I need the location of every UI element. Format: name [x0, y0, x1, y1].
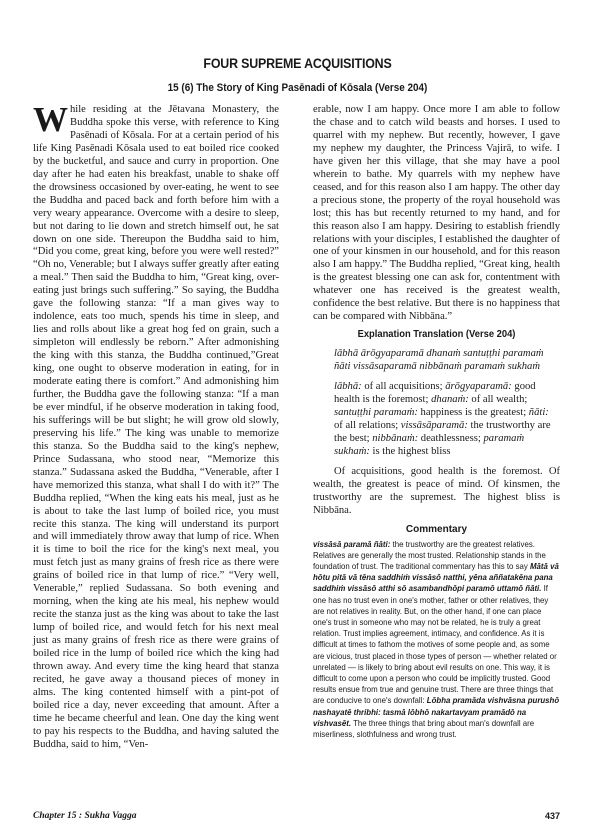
gloss-meaning: of all wealth;	[469, 394, 528, 405]
commentary-text: vissāsā paramā ñāti: the trustworthy are…	[313, 539, 561, 741]
verse-summary: Of acquisitions, good health is the fore…	[313, 466, 560, 518]
commentary-heading: Commentary	[313, 524, 560, 537]
gloss-term: vissāsāparamā:	[401, 420, 468, 431]
drop-cap: W	[33, 106, 68, 133]
commentary-body: If one has no trust even in one's mother…	[313, 584, 557, 705]
verse-line-1: lābhā ārōgyaparamā dhanaṁ santuṭṭhi para…	[334, 348, 544, 359]
gloss-meaning: happiness is the greatest;	[418, 407, 529, 418]
story-text-right: erable, now I am happy. Once more I am a…	[313, 104, 560, 324]
explanation-heading: Explanation Translation (Verse 204)	[323, 329, 550, 342]
gloss-term: ārōgyaparamā:	[445, 381, 512, 392]
gloss-term: santuṭṭhi paramaṁ:	[334, 407, 418, 418]
word-gloss: lābhā: of all acquisitions; ārōgyaparamā…	[334, 381, 560, 459]
story-text-left: hile residing at the Jētavana Monastery,…	[33, 104, 279, 750]
gloss-term: ñāti:	[529, 407, 549, 418]
chapter-footer: Chapter 15 : Sukha Vagga	[33, 811, 136, 821]
gloss-meaning: is the highest bliss	[370, 446, 451, 457]
page-title: FOUR SUPREME ACQUISITIONS	[24, 56, 571, 71]
gloss-meaning: of all relations;	[334, 420, 401, 431]
page-number: 437	[545, 811, 560, 821]
left-column: While residing at the Jētavana Monastery…	[33, 104, 279, 752]
gloss-term: lābhā:	[334, 381, 362, 392]
commentary-lead-term: vissāsā paramā ñāti:	[313, 540, 390, 549]
story-title: 15 (6) The Story of King Pasēnadi of Kōs…	[30, 82, 566, 94]
story-paragraph: While residing at the Jētavana Monastery…	[33, 104, 279, 752]
pali-verse: lābhā ārōgyaparamā dhanaṁ santuṭṭhi para…	[334, 348, 560, 374]
gloss-meaning: deathlessness;	[418, 433, 483, 444]
gloss-term: dhanaṁ:	[431, 394, 469, 405]
gloss-meaning: of all acquisitions;	[362, 381, 446, 392]
verse-line-2: ñāti vissāsaparamā nibbānaṁ paramaṁ sukh…	[334, 361, 540, 372]
right-column: erable, now I am happy. Once more I am a…	[313, 104, 560, 740]
gloss-term: nibbānaṁ:	[372, 433, 418, 444]
